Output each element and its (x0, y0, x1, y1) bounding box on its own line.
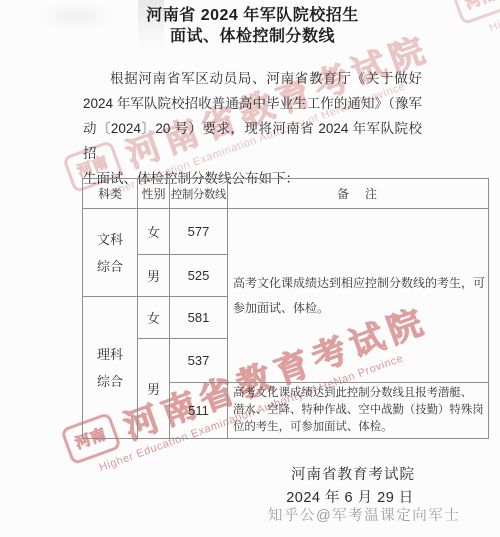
score-table: 科类 性别 控制分数线 备 注 文科 综合 女 577 高考文化课成绩达到相应控… (82, 178, 489, 439)
table-header-row: 科类 性别 控制分数线 备 注 (83, 179, 489, 209)
cell-category-like: 理科 综合 (83, 297, 138, 439)
intro-paragraph: 根据河南省军区动员局、河南省教育厅《关于做好 2024 年军队院校招收普通高中毕… (83, 66, 422, 191)
document-title: 河南省 2024 年军队院校招生 面试、体检控制分数线 (83, 5, 422, 47)
cell-gender: 男 (138, 255, 170, 297)
header-score-line: 控制分数线 (170, 179, 228, 209)
table-row: 文科 综合 女 577 高考文化课成绩达到相应控制分数线的考生，可 参加面试、体… (83, 209, 489, 255)
header-gender: 性别 (138, 179, 170, 209)
paragraph-line: 动〔2024〕20 号）要求，现将河南省 2024 年军队院校招 (83, 116, 422, 166)
cell-category-wenke: 文科 综合 (83, 209, 138, 297)
cell-remark-special: 高考文化课成绩达到此控制分数线且报考潜艇、 潜水、空降、特种作战、空中战勤（技勤… (228, 383, 489, 439)
cell-gender: 女 (138, 297, 170, 339)
zhihu-credit-watermark: 知乎公@军考温课定向军士 (268, 504, 478, 525)
cell-score: 525 (170, 255, 228, 297)
title-line-2: 面试、体检控制分数线 (83, 26, 422, 47)
cell-score: 537 (170, 339, 228, 383)
cell-remark-general: 高考文化课成绩达到相应控制分数线的考生，可 参加面试、体检。 (228, 209, 489, 383)
cell-gender: 男 (138, 339, 170, 439)
paragraph-line: 根据河南省军区动员局、河南省教育厅《关于做好 (83, 66, 422, 91)
paragraph-line: 2024 年军队院校招收普通高中毕业生工作的通知》（豫军 (83, 91, 422, 116)
cell-score: 511 (170, 383, 228, 439)
cell-gender: 女 (138, 209, 170, 255)
document-page: 河南 河南省教育考试院 Higher Education Examination… (0, 0, 500, 537)
header-category: 科类 (83, 179, 138, 209)
issuer-signature: 河南省教育考试院 (283, 463, 423, 484)
red-seal-watermark-corner: 河南 河南省教育考试院 Higher Education Examination… (448, 0, 500, 42)
cell-score: 577 (170, 209, 228, 255)
heec-logo-watermark: 河南 (450, 0, 500, 25)
cell-score: 581 (170, 297, 228, 339)
watermark-en-text: Higher Education Examination Authority o… (488, 0, 500, 34)
title-line-1: 河南省 2024 年军队院校招生 (83, 5, 422, 26)
header-remarks: 备 注 (228, 179, 489, 209)
